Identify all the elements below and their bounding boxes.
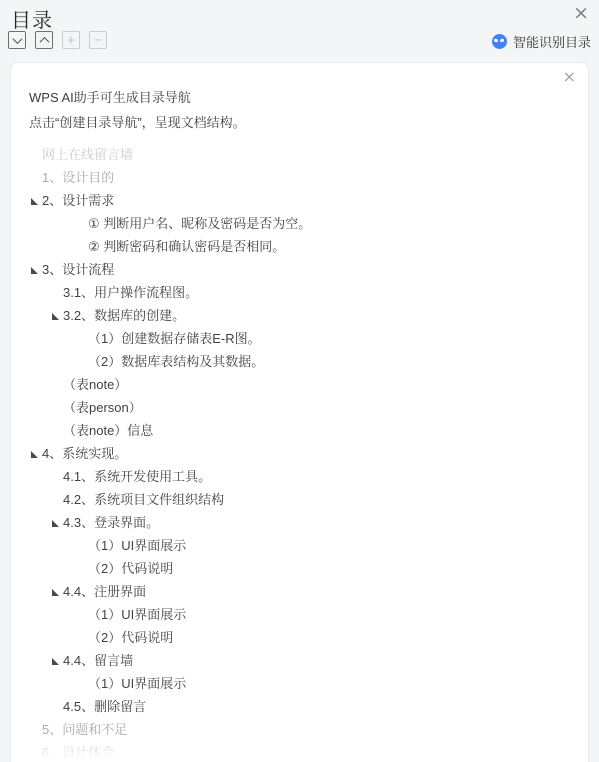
toc-item-label: （1）创建数据存储表E-R图。 xyxy=(88,327,261,350)
toc-item-label: 4.3、登录界面。 xyxy=(63,511,159,534)
toc-item-label: 4.2、系统项目文件组织结构 xyxy=(63,488,224,511)
arrow-box xyxy=(31,442,42,465)
arrow-box xyxy=(31,718,42,741)
toc-item-label: （1）UI界面展示 xyxy=(88,672,186,695)
toc-item[interactable]: 4.4、留言墙 xyxy=(11,649,588,672)
arrow-box xyxy=(77,626,88,649)
ai-face-icon xyxy=(492,34,507,49)
toc-item-label: （表note） xyxy=(63,373,127,396)
toc-item-label: 1、设计目的 xyxy=(42,166,114,189)
collapse-triangle-icon[interactable] xyxy=(31,451,38,458)
toc-item[interactable]: （2）数据库表结构及其数据。 xyxy=(11,350,588,373)
toc-item[interactable]: 4.1、系统开发使用工具。 xyxy=(11,465,588,488)
toc-item-label: 3.1、用户操作流程图。 xyxy=(63,281,198,304)
close-pane-button[interactable]: × xyxy=(573,2,589,24)
toc-item-label: （1）UI界面展示 xyxy=(88,534,186,557)
toc-item-label: ② 判断密码和确认密码是否相同。 xyxy=(88,235,285,258)
chevron-down-icon xyxy=(12,34,22,44)
toc-item-label: 4.1、系统开发使用工具。 xyxy=(63,465,211,488)
dismiss-hint-button[interactable]: × xyxy=(563,68,576,86)
collapse-triangle-icon[interactable] xyxy=(31,267,38,274)
toc-item[interactable]: 网上在线留言墙 xyxy=(11,143,588,166)
arrow-box xyxy=(52,488,63,511)
ai-hint-line2: 点击“创建目录导航”，呈现文档结构。 xyxy=(29,110,588,135)
collapse-triangle-icon[interactable] xyxy=(52,520,59,527)
toc-item[interactable]: 1、设计目的 xyxy=(11,166,588,189)
toc-item-label: 4.4、留言墙 xyxy=(63,649,133,672)
arrow-box xyxy=(52,649,63,672)
arrow-box xyxy=(31,143,42,166)
toc-item-label: 4.5、删除留言 xyxy=(63,695,146,718)
toc-item[interactable]: （1）创建数据存储表E-R图。 xyxy=(11,327,588,350)
arrow-box xyxy=(31,741,42,762)
arrow-box xyxy=(52,511,63,534)
toc-item[interactable]: 6、设计体会 xyxy=(11,741,588,762)
toc-item-label: （表person） xyxy=(63,396,142,419)
toc-item[interactable]: 4.4、注册界面 xyxy=(11,580,588,603)
arrow-box xyxy=(77,327,88,350)
collapse-triangle-icon[interactable] xyxy=(31,198,38,205)
toc-item[interactable]: ① 判断用户名、昵称及密码是否为空。 xyxy=(11,212,588,235)
jump-next-heading-button[interactable] xyxy=(8,31,26,49)
toc-item-label: （2）代码说明 xyxy=(88,626,173,649)
toc-item-label: ① 判断用户名、昵称及密码是否为空。 xyxy=(88,212,311,235)
toc-list: 网上在线留言墙 1、设计目的 2、设计需求 ① 判断用户名、昵称及密码是否为空。… xyxy=(11,143,588,762)
toc-item-label: （2）数据库表结构及其数据。 xyxy=(88,350,264,373)
toc-item[interactable]: 4.3、登录界面。 xyxy=(11,511,588,534)
toc-item-label: 网上在线留言墙 xyxy=(42,143,133,166)
arrow-box xyxy=(77,603,88,626)
close-icon: × xyxy=(573,2,589,24)
arrow-box xyxy=(31,189,42,212)
page-title: 目录 xyxy=(11,4,53,33)
arrow-box xyxy=(52,304,63,327)
toc-item[interactable]: 4.5、删除留言 xyxy=(11,695,588,718)
toc-item-label: 5、问题和不足 xyxy=(42,718,127,741)
collapse-triangle-icon[interactable] xyxy=(52,313,59,320)
arrow-box xyxy=(77,350,88,373)
toc-item-label: （2）代码说明 xyxy=(88,557,173,580)
toc-item[interactable]: 2、设计需求 xyxy=(11,189,588,212)
ai-hint-block: WPS AI助手可生成目录导航 点击“创建目录导航”，呈现文档结构。 xyxy=(29,85,588,135)
chevron-up-icon xyxy=(39,36,49,46)
close-icon: × xyxy=(563,67,576,86)
toc-item-label: 2、设计需求 xyxy=(42,189,114,212)
jump-prev-heading-button[interactable] xyxy=(35,31,53,49)
collapse-all-button[interactable]: − xyxy=(89,31,107,49)
arrow-box xyxy=(77,557,88,580)
arrow-box xyxy=(77,212,88,235)
toc-item[interactable]: （表note） xyxy=(11,373,588,396)
arrow-box xyxy=(77,235,88,258)
toc-item-label: 3、设计流程 xyxy=(42,258,114,281)
arrow-box xyxy=(77,672,88,695)
toc-item-label: 6、设计体会 xyxy=(42,741,114,762)
toc-item[interactable]: （2）代码说明 xyxy=(11,557,588,580)
toc-item-label: （表note）信息 xyxy=(63,419,153,442)
toc-item[interactable]: （1）UI界面展示 xyxy=(11,534,588,557)
toc-item-label: 4.4、注册界面 xyxy=(63,580,146,603)
toc-item[interactable]: （1）UI界面展示 xyxy=(11,672,588,695)
toc-item[interactable]: 3、设计流程 xyxy=(11,258,588,281)
toc-item[interactable]: （1）UI界面展示 xyxy=(11,603,588,626)
toc-panel: × WPS AI助手可生成目录导航 点击“创建目录导航”，呈现文档结构。 网上在… xyxy=(10,62,589,762)
arrow-box xyxy=(31,166,42,189)
collapse-triangle-icon[interactable] xyxy=(52,589,59,596)
arrow-box xyxy=(52,465,63,488)
smart-recognize-toc-button[interactable]: 智能识别目录 xyxy=(492,32,591,51)
toc-item[interactable]: 5、问题和不足 xyxy=(11,718,588,741)
arrow-box xyxy=(52,695,63,718)
toc-item[interactable]: 4、系统实现。 xyxy=(11,442,588,465)
pane-header: 目录 × + − 智能识别目录 xyxy=(0,0,599,62)
arrow-box xyxy=(52,281,63,304)
collapse-triangle-icon[interactable] xyxy=(52,658,59,665)
toc-item[interactable]: 3.1、用户操作流程图。 xyxy=(11,281,588,304)
arrow-box xyxy=(52,580,63,603)
toc-toolbar: + − xyxy=(8,31,107,49)
toc-item-label: 4、系统实现。 xyxy=(42,442,127,465)
arrow-box xyxy=(77,534,88,557)
arrow-box xyxy=(52,396,63,419)
expand-all-button[interactable]: + xyxy=(62,31,80,49)
toc-item[interactable]: （表note）信息 xyxy=(11,419,588,442)
ai-hint-line1: WPS AI助手可生成目录导航 xyxy=(29,85,588,110)
minus-icon: − xyxy=(94,34,102,47)
toc-item[interactable]: 4.2、系统项目文件组织结构 xyxy=(11,488,588,511)
toc-pane: 目录 × + − 智能识别目录 × WPS AI xyxy=(0,0,599,762)
plus-icon: + xyxy=(67,34,75,47)
toc-item[interactable]: （2）代码说明 xyxy=(11,626,588,649)
arrow-box xyxy=(52,373,63,396)
toc-item-label: 3.2、数据库的创建。 xyxy=(63,304,185,327)
toc-item[interactable]: （表person） xyxy=(11,396,588,419)
arrow-box xyxy=(31,258,42,281)
toc-item[interactable]: 3.2、数据库的创建。 xyxy=(11,304,588,327)
toc-item-label: （1）UI界面展示 xyxy=(88,603,186,626)
smart-recognize-label: 智能识别目录 xyxy=(513,32,591,51)
arrow-box xyxy=(52,419,63,442)
toc-item[interactable]: ② 判断密码和确认密码是否相同。 xyxy=(11,235,588,258)
